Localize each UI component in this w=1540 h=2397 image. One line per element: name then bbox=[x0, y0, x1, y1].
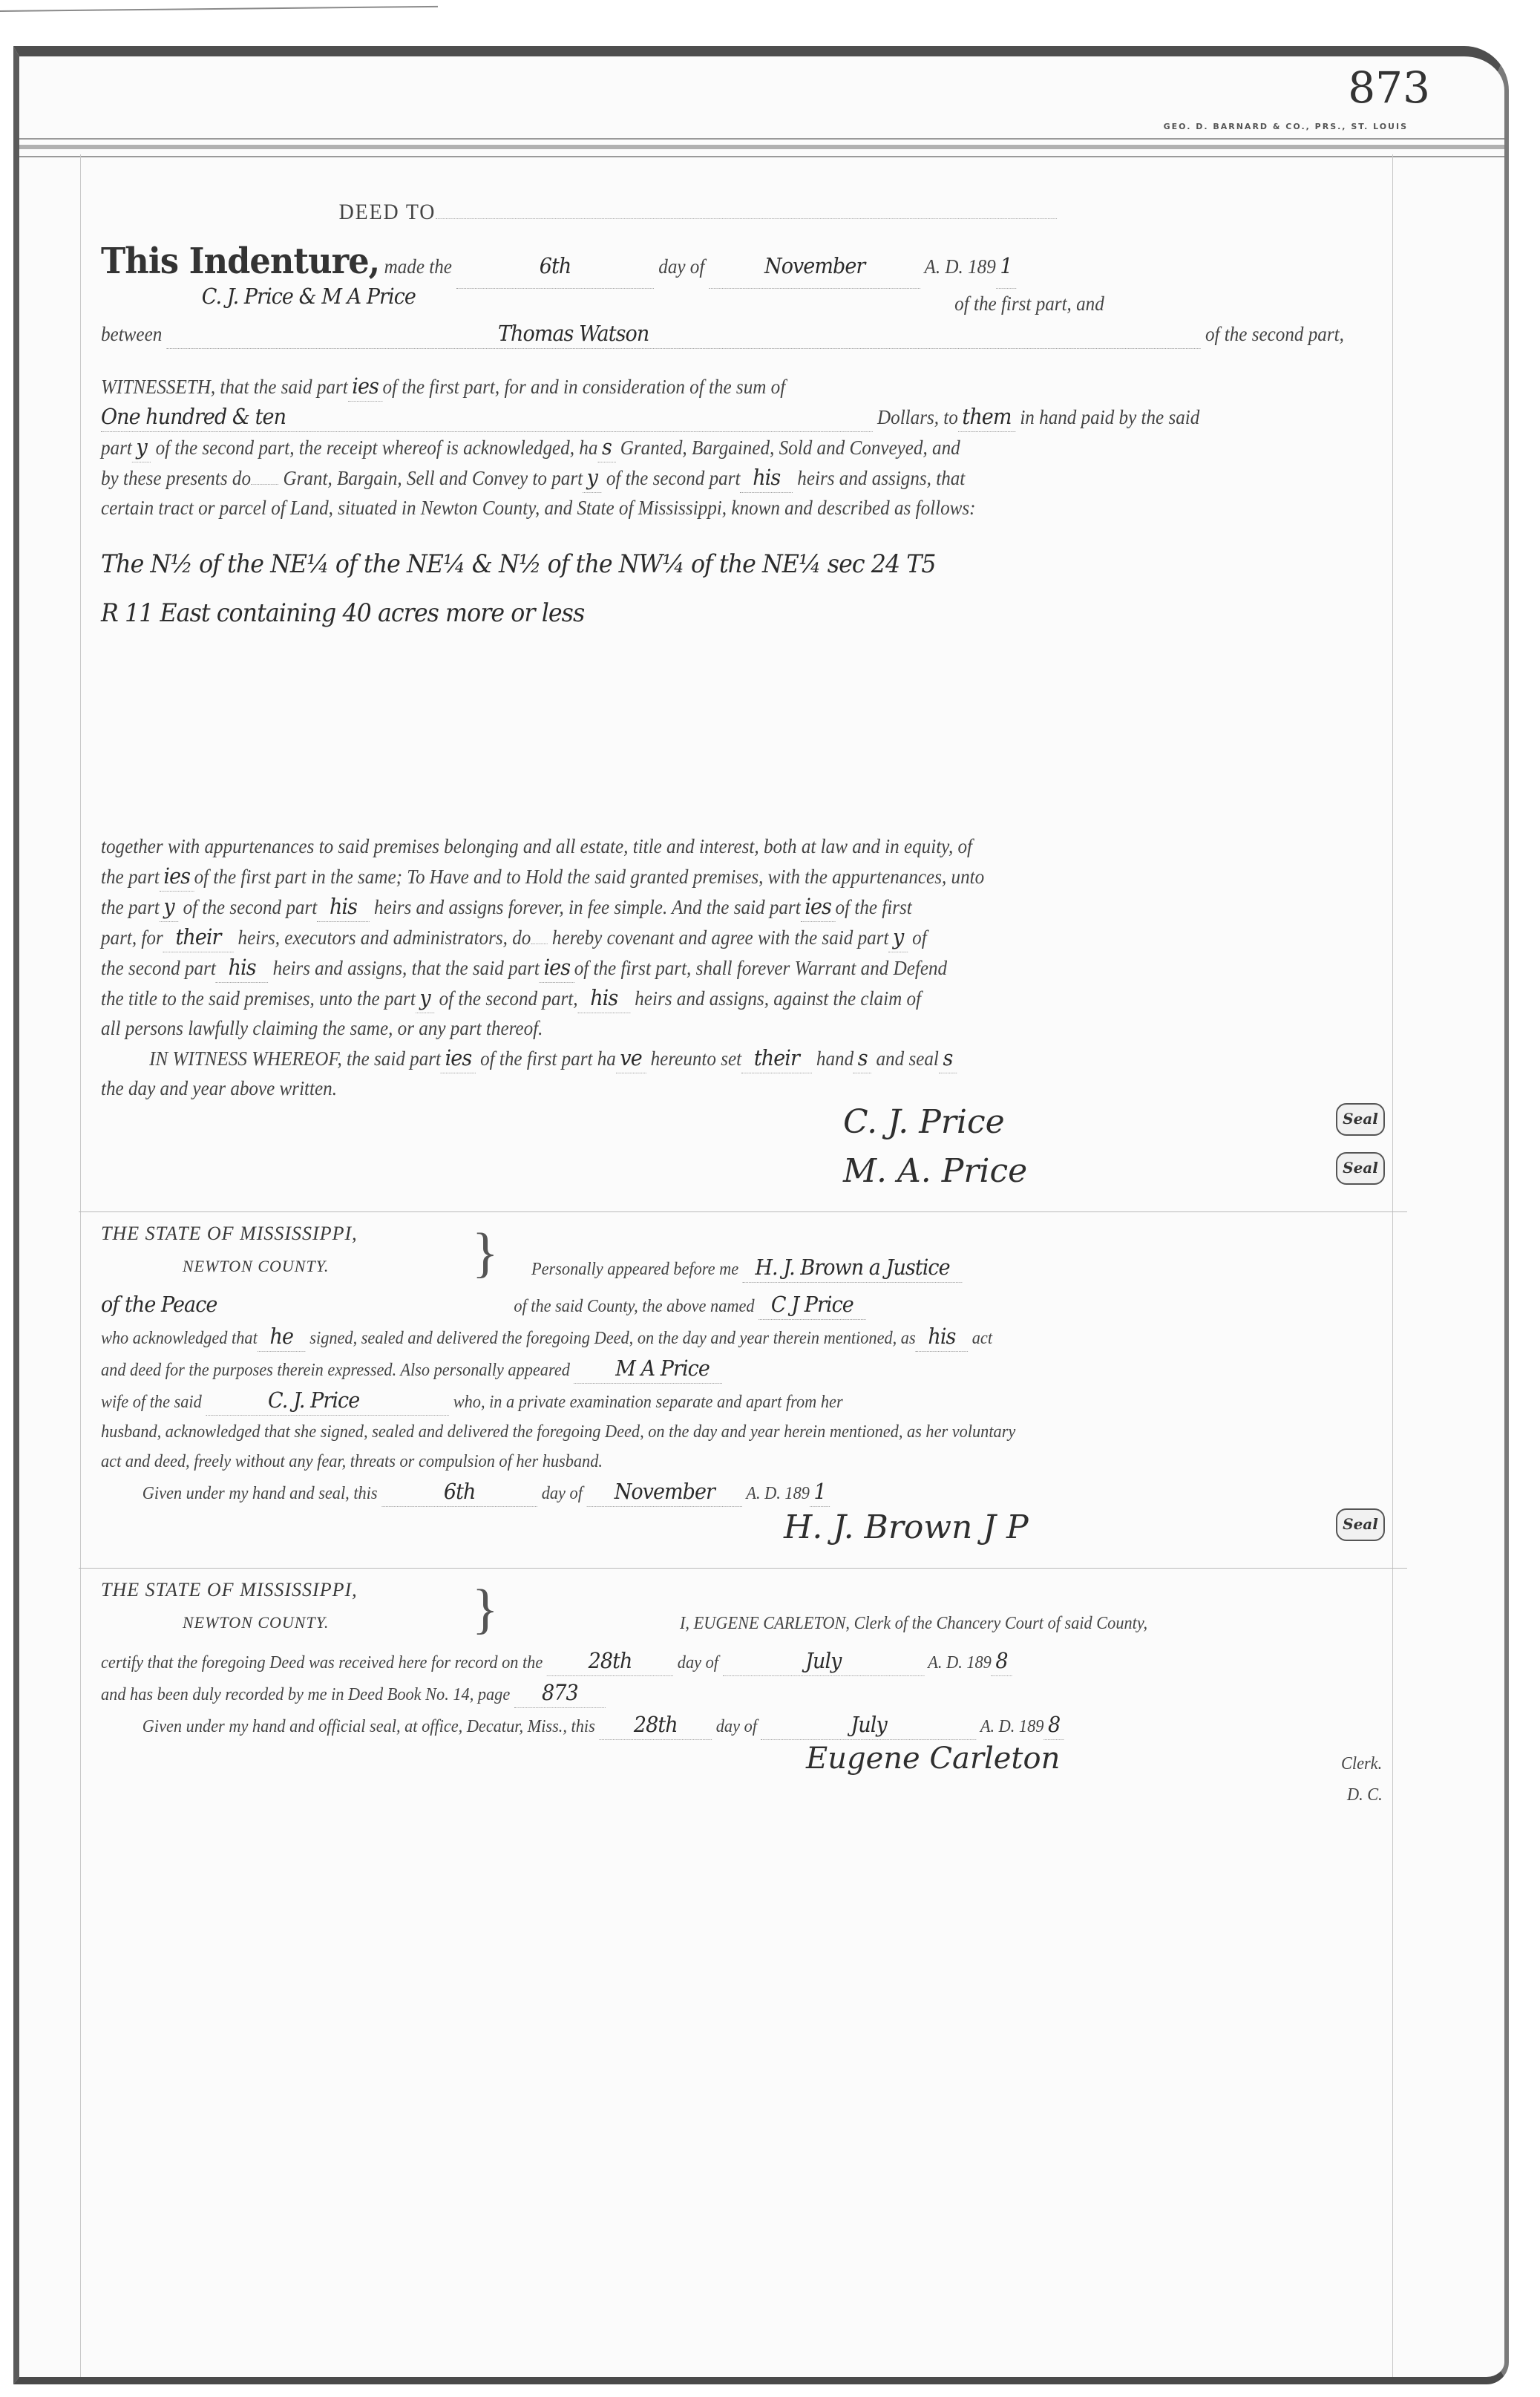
grantor-name-field[interactable]: C J Price bbox=[758, 1289, 865, 1320]
page-number: 873 bbox=[1348, 62, 1430, 113]
party-suffix-field[interactable]: y bbox=[888, 922, 907, 952]
year-field[interactable]: 8 bbox=[1043, 1710, 1064, 1740]
acknowledgment-line-4: and deed for the purposes therein expres… bbox=[101, 1353, 1295, 1385]
county-label: NEWTON COUNTY. bbox=[183, 1257, 329, 1276]
section-divider bbox=[79, 1211, 1407, 1212]
grantor-signature: M. A. Price bbox=[843, 1152, 1027, 1190]
witnesseth-line-4: by these presents do Grant, Bargain, Sel… bbox=[101, 462, 1295, 493]
scan-edge-line bbox=[0, 6, 438, 12]
acknowledgment-line-8: Given under my hand and seal, this 6th d… bbox=[101, 1477, 1295, 1508]
witnesseth-line-5: certain tract or parcel of Land, situate… bbox=[101, 493, 1295, 523]
have-suffix-field[interactable]: ve bbox=[616, 1043, 646, 1073]
habendum-line-3: the party of the second parthis heirs an… bbox=[101, 892, 1295, 922]
party-suffix-field[interactable]: y bbox=[160, 892, 178, 922]
brace-icon: } bbox=[472, 1582, 499, 1637]
grantor-signature: C. J. Price bbox=[843, 1103, 1005, 1141]
witness-whereof-line: IN WITNESS WHEREOF, the said parties of … bbox=[101, 1043, 1295, 1073]
pronoun-field[interactable]: his bbox=[740, 462, 793, 493]
habendum-line-1: together with appurtenances to said prem… bbox=[101, 831, 1295, 861]
seal-icon: Seal bbox=[1336, 1103, 1385, 1136]
day-field[interactable]: 28th bbox=[599, 1710, 712, 1740]
plural-suffix-field[interactable]: s bbox=[853, 1043, 871, 1073]
witnesseth-line-2: One hundred & ten Dollars, tothem in han… bbox=[101, 402, 1295, 432]
legal-description: The N½ of the NE¼ of the NE¼ & N½ of the… bbox=[101, 540, 1385, 638]
acknowledgment-line-5: wife of the said C. J. Price who, in a p… bbox=[101, 1385, 1295, 1417]
second-party-line: between Thomas Watson of the second part… bbox=[101, 318, 1295, 349]
signature-row: C. J. Price Seal bbox=[101, 1103, 1385, 1152]
habendum-line-2: the partiesof the first part in the same… bbox=[101, 861, 1295, 892]
deputy-clerk-row: D. C. bbox=[101, 1780, 1385, 1810]
first-party-line: C. J. Price & M A Price of the first par… bbox=[101, 289, 1295, 318]
brace-icon: } bbox=[472, 1226, 499, 1281]
habendum-line-9: the day and year above written. bbox=[101, 1073, 1295, 1103]
party-suffix-field[interactable]: y bbox=[132, 432, 151, 462]
justice-title-field[interactable]: of the Peace bbox=[101, 1289, 229, 1319]
state-label: THE STATE OF MISSISSIPPI, bbox=[101, 1223, 358, 1245]
pronoun-field[interactable]: their bbox=[741, 1043, 812, 1073]
acknowledgment-line-7: act and deed, freely without any fear, t… bbox=[101, 1447, 1295, 1477]
year-field[interactable]: 8 bbox=[992, 1646, 1012, 1676]
parties-suffix-field[interactable]: ies bbox=[348, 371, 383, 402]
header-rule-band bbox=[19, 138, 1504, 157]
day-field[interactable]: 28th bbox=[547, 1646, 673, 1676]
page-field[interactable]: 873 bbox=[514, 1678, 606, 1708]
recording-venue: THE STATE OF MISSISSIPPI, NEWTON COUNTY.… bbox=[101, 1579, 1385, 1646]
legal-description-line-1[interactable]: The N½ of the NE¼ of the NE¼ & N½ of the… bbox=[101, 540, 936, 588]
witnesseth-line-3: party of the second part, the receipt wh… bbox=[101, 432, 1295, 462]
printer-imprint: GEO. D. BARNARD & CO., PRS., ST. LOUIS bbox=[1164, 122, 1408, 131]
month-field[interactable]: July bbox=[761, 1710, 977, 1740]
plural-suffix-field[interactable]: s bbox=[939, 1043, 957, 1073]
husband-name-field[interactable]: C. J. Price bbox=[206, 1385, 449, 1416]
clerk-label: Clerk. bbox=[1341, 1749, 1382, 1779]
seal-icon: Seal bbox=[1336, 1152, 1385, 1185]
habendum-line-4: part, fortheir heirs, executors and admi… bbox=[101, 922, 1295, 952]
clerk-signature: Eugene Carleton bbox=[806, 1742, 1060, 1776]
parties-suffix-field[interactable]: ies bbox=[160, 861, 194, 892]
party-suffix-field[interactable]: y bbox=[416, 983, 434, 1013]
year-field[interactable]: 1 bbox=[996, 243, 1016, 289]
recording-line-3: and has been duly recorded by me in Deed… bbox=[101, 1678, 1295, 1710]
ledger-page: 873 GEO. D. BARNARD & CO., PRS., ST. LOU… bbox=[13, 46, 1509, 2384]
witnesseth-line-1: WITNESSETH, that the said partiesof the … bbox=[101, 371, 1295, 402]
first-party-field[interactable]: C. J. Price & M A Price bbox=[197, 281, 419, 311]
indenture-title: This Indenture, bbox=[101, 241, 379, 282]
deputy-clerk-label: D. C. bbox=[1347, 1780, 1383, 1810]
pronoun-field[interactable]: he bbox=[258, 1321, 306, 1352]
party-suffix-field[interactable]: y bbox=[583, 462, 601, 493]
pronoun-field[interactable]: his bbox=[577, 983, 630, 1013]
month-field[interactable]: November bbox=[710, 243, 920, 289]
habendum-line-5: the second parthis heirs and assigns, th… bbox=[101, 952, 1295, 983]
county-label: NEWTON COUNTY. bbox=[183, 1613, 329, 1632]
parties-suffix-field[interactable]: ies bbox=[441, 1043, 476, 1073]
justice-signature: H. J. Brown J P bbox=[784, 1508, 1029, 1546]
habendum-line-6: the title to the said premises, unto the… bbox=[101, 983, 1295, 1013]
justice-signature-row: H. J. Brown J P Seal bbox=[101, 1508, 1385, 1557]
pronoun-field[interactable]: his bbox=[916, 1321, 969, 1352]
parties-suffix-field[interactable]: ies bbox=[801, 892, 836, 922]
state-label: THE STATE OF MISSISSIPPI, bbox=[101, 1579, 358, 1601]
legal-description-line-2[interactable]: R 11 East containing 40 acres more or le… bbox=[101, 589, 584, 637]
year-field[interactable]: 1 bbox=[810, 1477, 830, 1507]
paid-to-field[interactable]: them bbox=[958, 402, 1015, 432]
consideration-amount-field[interactable]: One hundred & ten bbox=[101, 402, 873, 432]
recording-line-4: Given under my hand and official seal, a… bbox=[101, 1710, 1295, 1742]
left-margin-rule bbox=[80, 154, 81, 2377]
right-margin-rule bbox=[1392, 154, 1393, 2377]
month-field[interactable]: November bbox=[586, 1477, 742, 1507]
clerk-signature-row: Eugene Carleton Clerk. bbox=[101, 1742, 1385, 1780]
acknowledgment-line-2: of the Peace of the said County, the abo… bbox=[101, 1289, 1295, 1321]
day-field[interactable]: 6th bbox=[381, 1477, 537, 1507]
acknowledgment-venue: THE STATE OF MISSISSIPPI, NEWTON COUNTY.… bbox=[101, 1223, 1385, 1289]
pronoun-field[interactable]: their bbox=[163, 922, 234, 952]
seal-icon: Seal bbox=[1336, 1508, 1385, 1541]
form-title: DEED TO bbox=[101, 197, 1295, 227]
recording-line-2: certify that the foregoing Deed was rece… bbox=[101, 1646, 1295, 1678]
day-field[interactable]: 6th bbox=[456, 243, 654, 289]
second-party-field[interactable]: Thomas Watson bbox=[167, 318, 1201, 349]
has-suffix-field[interactable]: s bbox=[597, 432, 615, 462]
acknowledgment-line-3: who acknowledged thathe signed, sealed a… bbox=[101, 1321, 1295, 1353]
pronoun-field[interactable]: his bbox=[317, 892, 370, 922]
acknowledgment-line-6: husband, acknowledged that she signed, s… bbox=[101, 1417, 1295, 1447]
section-divider bbox=[79, 1568, 1407, 1569]
justice-field[interactable]: H. J. Brown a Justice bbox=[743, 1252, 963, 1283]
deed-form: DEED TO This Indenture, made the 6th day… bbox=[101, 175, 1385, 1810]
month-field[interactable]: July bbox=[723, 1646, 925, 1676]
wife-name-field[interactable]: M A Price bbox=[574, 1353, 721, 1384]
parties-suffix-field[interactable]: ies bbox=[540, 952, 574, 983]
signature-row: M. A. Price Seal bbox=[101, 1152, 1385, 1201]
habendum-line-7: all persons lawfully claiming the same, … bbox=[101, 1013, 1295, 1043]
clerk-intro: I, EUGENE CARLETON, Clerk of the Chancer… bbox=[680, 1609, 1147, 1638]
pronoun-field[interactable]: his bbox=[216, 952, 269, 983]
